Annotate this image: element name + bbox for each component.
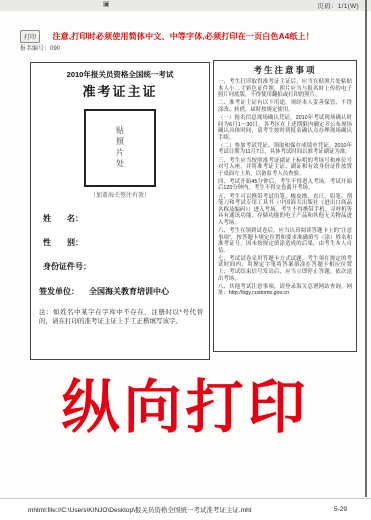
- ticket-fields: 姓 名：性 别：身份证件号：: [43, 213, 209, 272]
- grid-icon: ▣: [103, 1, 110, 9]
- notice-paragraph: 一、考生打印取得准考证主证后，应当在贴照片处粘贴本人小二寸彩色证件照，照片应当与…: [218, 79, 352, 99]
- status-bar: mhtml:file://C:\Users\KINJO\Desktop\报关员资…: [0, 498, 371, 520]
- field-row: 身份证件号：: [43, 261, 209, 272]
- print-button[interactable]: 打印: [20, 30, 40, 43]
- ticket-title: 准考证主证: [31, 81, 209, 100]
- top-toolbar-strip: ▣ 页码：1/1(W): [0, 0, 371, 11]
- print-notice-text: 注意,打印时必须使用简体中文、中等字体,必须打印在一页白色A4纸上！: [52, 31, 313, 42]
- notice-paragraph: 六、考生在领到试卷后，应当认真阅读答题卡上的“注意事项”，按答题卡规定位置和要求…: [218, 228, 352, 254]
- photo-caption: （加盖海关签注有效）: [31, 190, 209, 199]
- exam-title: 2010年报关员资格全国统一考试: [31, 69, 209, 80]
- notice-paragraph: 七、考试试卷采用答题卡方式试题。考生须在规定的考试时间内，用规定字笔将答案填涂在…: [218, 256, 352, 282]
- ticket-note: 注：如姓名中某字在字库中不存在，注册时以*号代替的，请在打印的准考证主证上手工正…: [39, 308, 203, 326]
- footer-page-number: 5-29: [334, 506, 347, 513]
- notice-paragraph: （一）报名信息现场确认凭证。2010年考试现场确认时间为6月1～30日，各考区在…: [218, 115, 352, 141]
- print-notice-row: 打印 注意,打印时必须使用简体中文、中等字体,必须打印在一页白色A4纸上！: [20, 28, 360, 41]
- print-preview-page: ▣ 页码：1/1(W) 打印 注意,打印时必须使用简体中文、中等字体,必须打印在…: [0, 0, 371, 520]
- notice-paragraph: 四、考试开始45分钟后，考生不得进入考场。考试开始后120分钟内，考生不得交卷离…: [218, 179, 352, 192]
- admission-ticket-card: 2010年报关员资格全国统一考试 准考证主证 贴照片处 （加盖海关签注有效） 姓…: [30, 62, 210, 360]
- portrait-print-watermark: 纵向打印: [0, 372, 371, 444]
- notice-paragraph: 二、准考证主证有以下用途，须经本人妥善保管、不得涂改、转借，届时按规定使用。: [218, 100, 352, 113]
- field-row: 姓 名：: [43, 213, 209, 224]
- notice-paragraph: （二）参加考试凭证、领取和保存成绩单凭证。2010年考试日期为11月7日，具体考…: [218, 143, 352, 156]
- notes-paragraphs: 一、考生打印取得准考证主证后，应当在贴照片处粘贴本人小二寸彩色证件照，照片应当与…: [218, 79, 352, 297]
- photo-placeholder-box: 贴照片处: [84, 109, 156, 187]
- notice-paragraph: 八、其他考试注意事项，请登录海关总署网站查询。网址：http://bgy.cus…: [218, 284, 352, 297]
- field-row: 性 别：: [43, 237, 209, 248]
- issuer-value: 全国海关教育培训中心: [89, 287, 169, 296]
- issuer-row: 签发单位：全国海关教育培训中心: [39, 286, 209, 297]
- notes-title: 考生注意事项: [218, 64, 352, 76]
- file-path: mhtml:file://C:\Users\KINJO\Desktop\报关员资…: [28, 505, 252, 514]
- page-indicator: 页码：1/1(W): [317, 1, 359, 10]
- notice-paragraph: 三、考生应当按照准考证副证上标明的考场号和座位号对号入座，并将准考证主证、副证和…: [218, 158, 352, 178]
- photo-placeholder-text: 贴照片处: [115, 126, 126, 170]
- issuer-label: 签发单位：: [39, 287, 79, 296]
- registration-number: 报名编号：090: [20, 43, 60, 52]
- examinee-notes-panel: 考生注意事项 一、考生打印取得准考证主证后，应当在贴照片处粘贴本人小二寸彩色证件…: [213, 60, 357, 352]
- notice-paragraph: 五、考生可以携带考试用笔、橡皮擦、直尺、铅笔、削笔刀和考试专用工具书（中国海关出…: [218, 194, 352, 227]
